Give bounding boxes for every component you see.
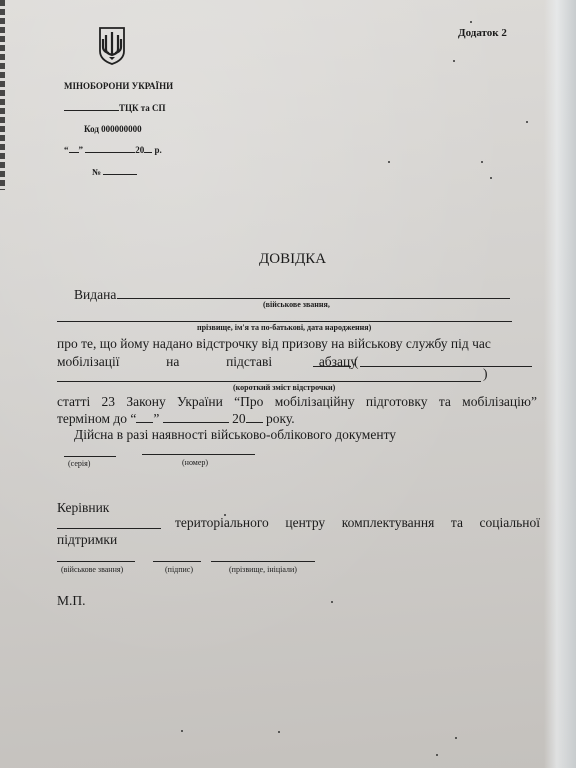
- caption-reason: (короткий зміст відстрочки): [233, 383, 335, 392]
- word: територіального: [175, 515, 269, 531]
- body-line-2: мобілізації на підставі абзацу: [57, 354, 357, 370]
- head-position-field[interactable]: [57, 528, 161, 529]
- body-line-5: терміном до “” 20 року.: [57, 411, 295, 427]
- word: мобілізації: [57, 354, 119, 370]
- caption-signer-name: (прізвище, ініціали): [229, 565, 297, 574]
- paren-open: (: [354, 354, 359, 370]
- number-label: №: [92, 167, 101, 177]
- word: 23: [102, 394, 116, 410]
- center-name-field[interactable]: [64, 110, 119, 111]
- document-page: Додаток 2 МІНОБОРОНИ УКРАЇНИ ТЦК та СП К…: [0, 0, 576, 768]
- date-day-field[interactable]: [69, 152, 79, 153]
- word: підготовку: [366, 394, 428, 410]
- center-name-line: територіального центру комплектування та…: [175, 515, 540, 531]
- body-line-1: про те, що йому надано відстрочку від пр…: [57, 336, 515, 352]
- date-suffix: р.: [155, 145, 162, 155]
- date-year-prefix: 20: [135, 145, 144, 155]
- paragraph-number-field[interactable]: [313, 366, 351, 367]
- date-month-field[interactable]: [85, 152, 135, 153]
- term-prefix: терміном до “: [57, 411, 136, 426]
- word: статті: [57, 394, 90, 410]
- head-label: Керівник: [57, 500, 109, 516]
- caption-number: (номер): [182, 458, 208, 467]
- word: комплектування: [342, 515, 435, 531]
- series-field[interactable]: [64, 456, 116, 457]
- word: соціальної: [480, 515, 540, 531]
- date-line: “” 20 р.: [64, 145, 162, 155]
- word: України: [177, 394, 223, 410]
- doc-number-field[interactable]: [142, 454, 255, 455]
- term-year-prefix: 20: [232, 411, 246, 426]
- term-month-field[interactable]: [163, 422, 229, 423]
- word: “Про: [234, 394, 263, 410]
- signer-name-field[interactable]: [211, 561, 315, 562]
- reason-field-line-1[interactable]: [360, 366, 532, 367]
- term-quote-close: ”: [153, 411, 159, 426]
- word: підставі: [226, 354, 272, 370]
- reason-field-line-2[interactable]: [57, 381, 481, 382]
- signer-rank-field[interactable]: [57, 561, 135, 562]
- caption-name: прізвище, ім'я та по-батькові, дата наро…: [197, 323, 371, 332]
- stamp-place: М.П.: [57, 593, 86, 609]
- word: центру: [285, 515, 325, 531]
- issued-name-field[interactable]: [57, 321, 512, 322]
- word: абзацу: [319, 354, 357, 370]
- term-suffix: року.: [266, 411, 295, 426]
- appendix-label: Додаток 2: [458, 27, 507, 39]
- caption-signature: (підпис): [165, 565, 193, 574]
- ministry-name: МІНОБОРОНИ УКРАЇНИ: [64, 81, 173, 91]
- issued-rank-field[interactable]: [117, 298, 510, 299]
- word: та: [439, 394, 451, 410]
- word: мобілізацію”: [462, 394, 537, 410]
- term-year-field[interactable]: [246, 422, 263, 423]
- word: та: [451, 515, 463, 531]
- date-year-field[interactable]: [144, 152, 152, 153]
- trident-emblem-icon: [98, 27, 126, 65]
- number-line: №: [92, 167, 137, 177]
- number-field[interactable]: [103, 174, 137, 175]
- caption-series: (серія): [68, 459, 90, 468]
- code-label: Код 000000000: [84, 124, 142, 134]
- signature-field[interactable]: [153, 561, 201, 562]
- word: на: [166, 354, 179, 370]
- document-title: ДОВІДКА: [259, 251, 326, 268]
- caption-rank: (військове звання,: [263, 300, 330, 309]
- center-name-line-2: підтримки: [57, 532, 117, 548]
- caption-signer-rank: (військове звання): [61, 565, 123, 574]
- term-day-field[interactable]: [136, 422, 153, 423]
- validity-note: Дійсна в разі наявності військово-обліко…: [74, 427, 396, 443]
- word: мобілізаційну: [275, 394, 355, 410]
- center-line: ТЦК та СП: [64, 103, 166, 113]
- body-line-4: статті 23 Закону України “Про мобілізаці…: [57, 394, 537, 410]
- word: Закону: [126, 394, 165, 410]
- issued-label: Видана: [74, 287, 116, 303]
- adjacent-page-edge: [0, 0, 5, 190]
- paren-close: ): [483, 366, 488, 382]
- page-shadow-edge: [544, 0, 576, 768]
- center-suffix: ТЦК та СП: [119, 103, 166, 113]
